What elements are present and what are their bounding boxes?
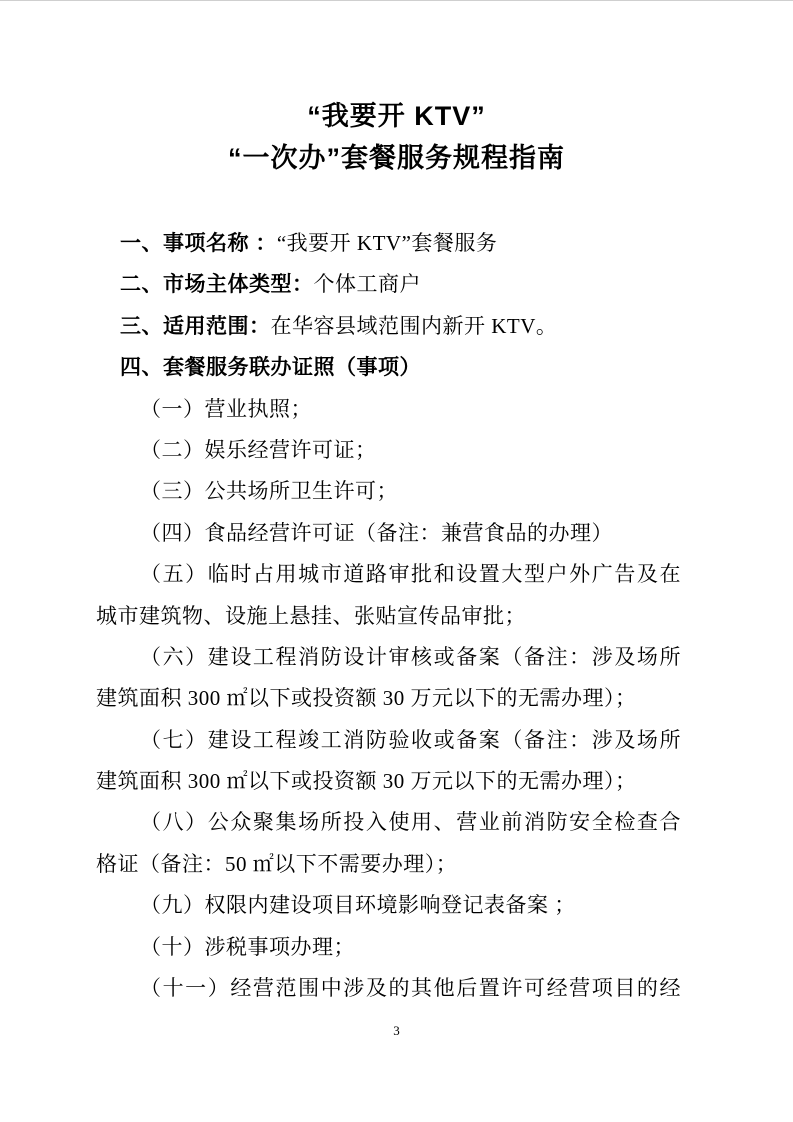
section-heading-label: 四、套餐服务联办证照（事项） bbox=[120, 356, 421, 379]
item-line-text: （三）公共场所卫生许可； bbox=[140, 479, 398, 503]
title-line-2: “一次办”套餐服务规程指南 bbox=[0, 137, 793, 179]
page-number: 3 bbox=[393, 1023, 400, 1038]
item-line: 建筑面积 300 ㎡以下或投资额 30 万元以下的无需办理）； bbox=[96, 678, 681, 719]
section-heading-value: 个体工商户 bbox=[314, 272, 422, 296]
document-page: “我要开 KTV” “一次办”套餐服务规程指南 一、事项名称 ：“我要开 KTV… bbox=[0, 0, 793, 1122]
document-body: 一、事项名称 ：“我要开 KTV”套餐服务二、市场主体类型：个体工商户三、适用范… bbox=[96, 223, 681, 1009]
section-heading-value: 在华容县域范围内新开 KTV。 bbox=[271, 314, 558, 338]
item-line-text: （五）临时占用城市道路审批和设置大型户外广告及在 bbox=[140, 562, 681, 586]
section-heading: 三、适用范围：在华容县域范围内新开 KTV。 bbox=[120, 306, 681, 347]
item-line-text: 格证（备注：50 ㎡以下不需要办理）； bbox=[96, 852, 457, 876]
item-line-text: （七）建设工程竣工消防验收或备案（备注：涉及场所 bbox=[140, 728, 681, 752]
item-line-text: （九）权限内建设项目环境影响登记表备案 ； bbox=[140, 893, 576, 917]
item-line: （五）临时占用城市道路审批和设置大型户外广告及在 bbox=[96, 554, 681, 595]
section-heading: 一、事项名称 ：“我要开 KTV”套餐服务 bbox=[120, 223, 681, 264]
document-title: “我要开 KTV” “一次办”套餐服务规程指南 bbox=[0, 1, 793, 179]
item-line: （九）权限内建设项目环境影响登记表备案 ； bbox=[96, 885, 681, 926]
item-line: 建筑面积 300 ㎡以下或投资额 30 万元以下的无需办理）； bbox=[96, 761, 681, 802]
section-heading: 二、市场主体类型：个体工商户 bbox=[120, 264, 681, 305]
item-line: 城市建筑物、设施上悬挂、张贴宣传品审批； bbox=[96, 596, 681, 637]
item-line-text: （二）娱乐经营许可证； bbox=[140, 438, 377, 462]
item-line-list: （一）营业执照；（二）娱乐经营许可证；（三）公共场所卫生许可；（四）食品经营许可… bbox=[96, 389, 681, 1010]
item-line: （四）食品经营许可证（备注：兼营食品的办理） bbox=[96, 513, 681, 554]
item-line: （六）建设工程消防设计审核或备案（备注：涉及场所 bbox=[96, 637, 681, 678]
item-line: （十）涉税事项办理； bbox=[96, 927, 681, 968]
item-line-text: （六）建设工程消防设计审核或备案（备注：涉及场所 bbox=[140, 645, 681, 669]
item-line-text: （一）营业执照； bbox=[140, 397, 312, 421]
item-line: （一）营业执照； bbox=[96, 389, 681, 430]
item-line: （二）娱乐经营许可证； bbox=[96, 430, 681, 471]
item-line: （十一）经营范围中涉及的其他后置许可经营项目的经 bbox=[96, 968, 681, 1009]
item-line: （三）公共场所卫生许可； bbox=[96, 471, 681, 512]
section-heading-value: “我要开 KTV”套餐服务 bbox=[277, 231, 498, 255]
item-line-text: 建筑面积 300 ㎡以下或投资额 30 万元以下的无需办理）； bbox=[96, 769, 637, 793]
item-line-text: （八）公众聚集场所投入使用、营业前消防安全检查合 bbox=[140, 810, 681, 834]
item-line-text: 建筑面积 300 ㎡以下或投资额 30 万元以下的无需办理）； bbox=[96, 686, 637, 710]
item-line: （八）公众聚集场所投入使用、营业前消防安全检查合 bbox=[96, 802, 681, 843]
section-heading-label: 二、市场主体类型： bbox=[120, 273, 314, 296]
item-line: 格证（备注：50 ㎡以下不需要办理）； bbox=[96, 844, 681, 885]
item-line-text: 城市建筑物、设施上悬挂、张贴宣传品审批； bbox=[96, 604, 526, 628]
item-line-text: （十）涉税事项办理； bbox=[140, 935, 355, 959]
section-heading-label: 一、事项名称 ： bbox=[120, 232, 277, 255]
item-line: （七）建设工程竣工消防验收或备案（备注：涉及场所 bbox=[96, 720, 681, 761]
section-heading: 四、套餐服务联办证照（事项） bbox=[120, 347, 681, 388]
title-line-1: “我要开 KTV” bbox=[0, 95, 793, 137]
section-heading-label: 三、适用范围： bbox=[120, 315, 271, 338]
item-line-text: （四）食品经营许可证（备注：兼营食品的办理） bbox=[140, 521, 613, 545]
page-footer: 3 bbox=[0, 1023, 793, 1039]
item-line-text: （十一）经营范围中涉及的其他后置许可经营项目的经 bbox=[140, 976, 681, 1000]
section-heading-list: 一、事项名称 ：“我要开 KTV”套餐服务二、市场主体类型：个体工商户三、适用范… bbox=[96, 223, 681, 389]
